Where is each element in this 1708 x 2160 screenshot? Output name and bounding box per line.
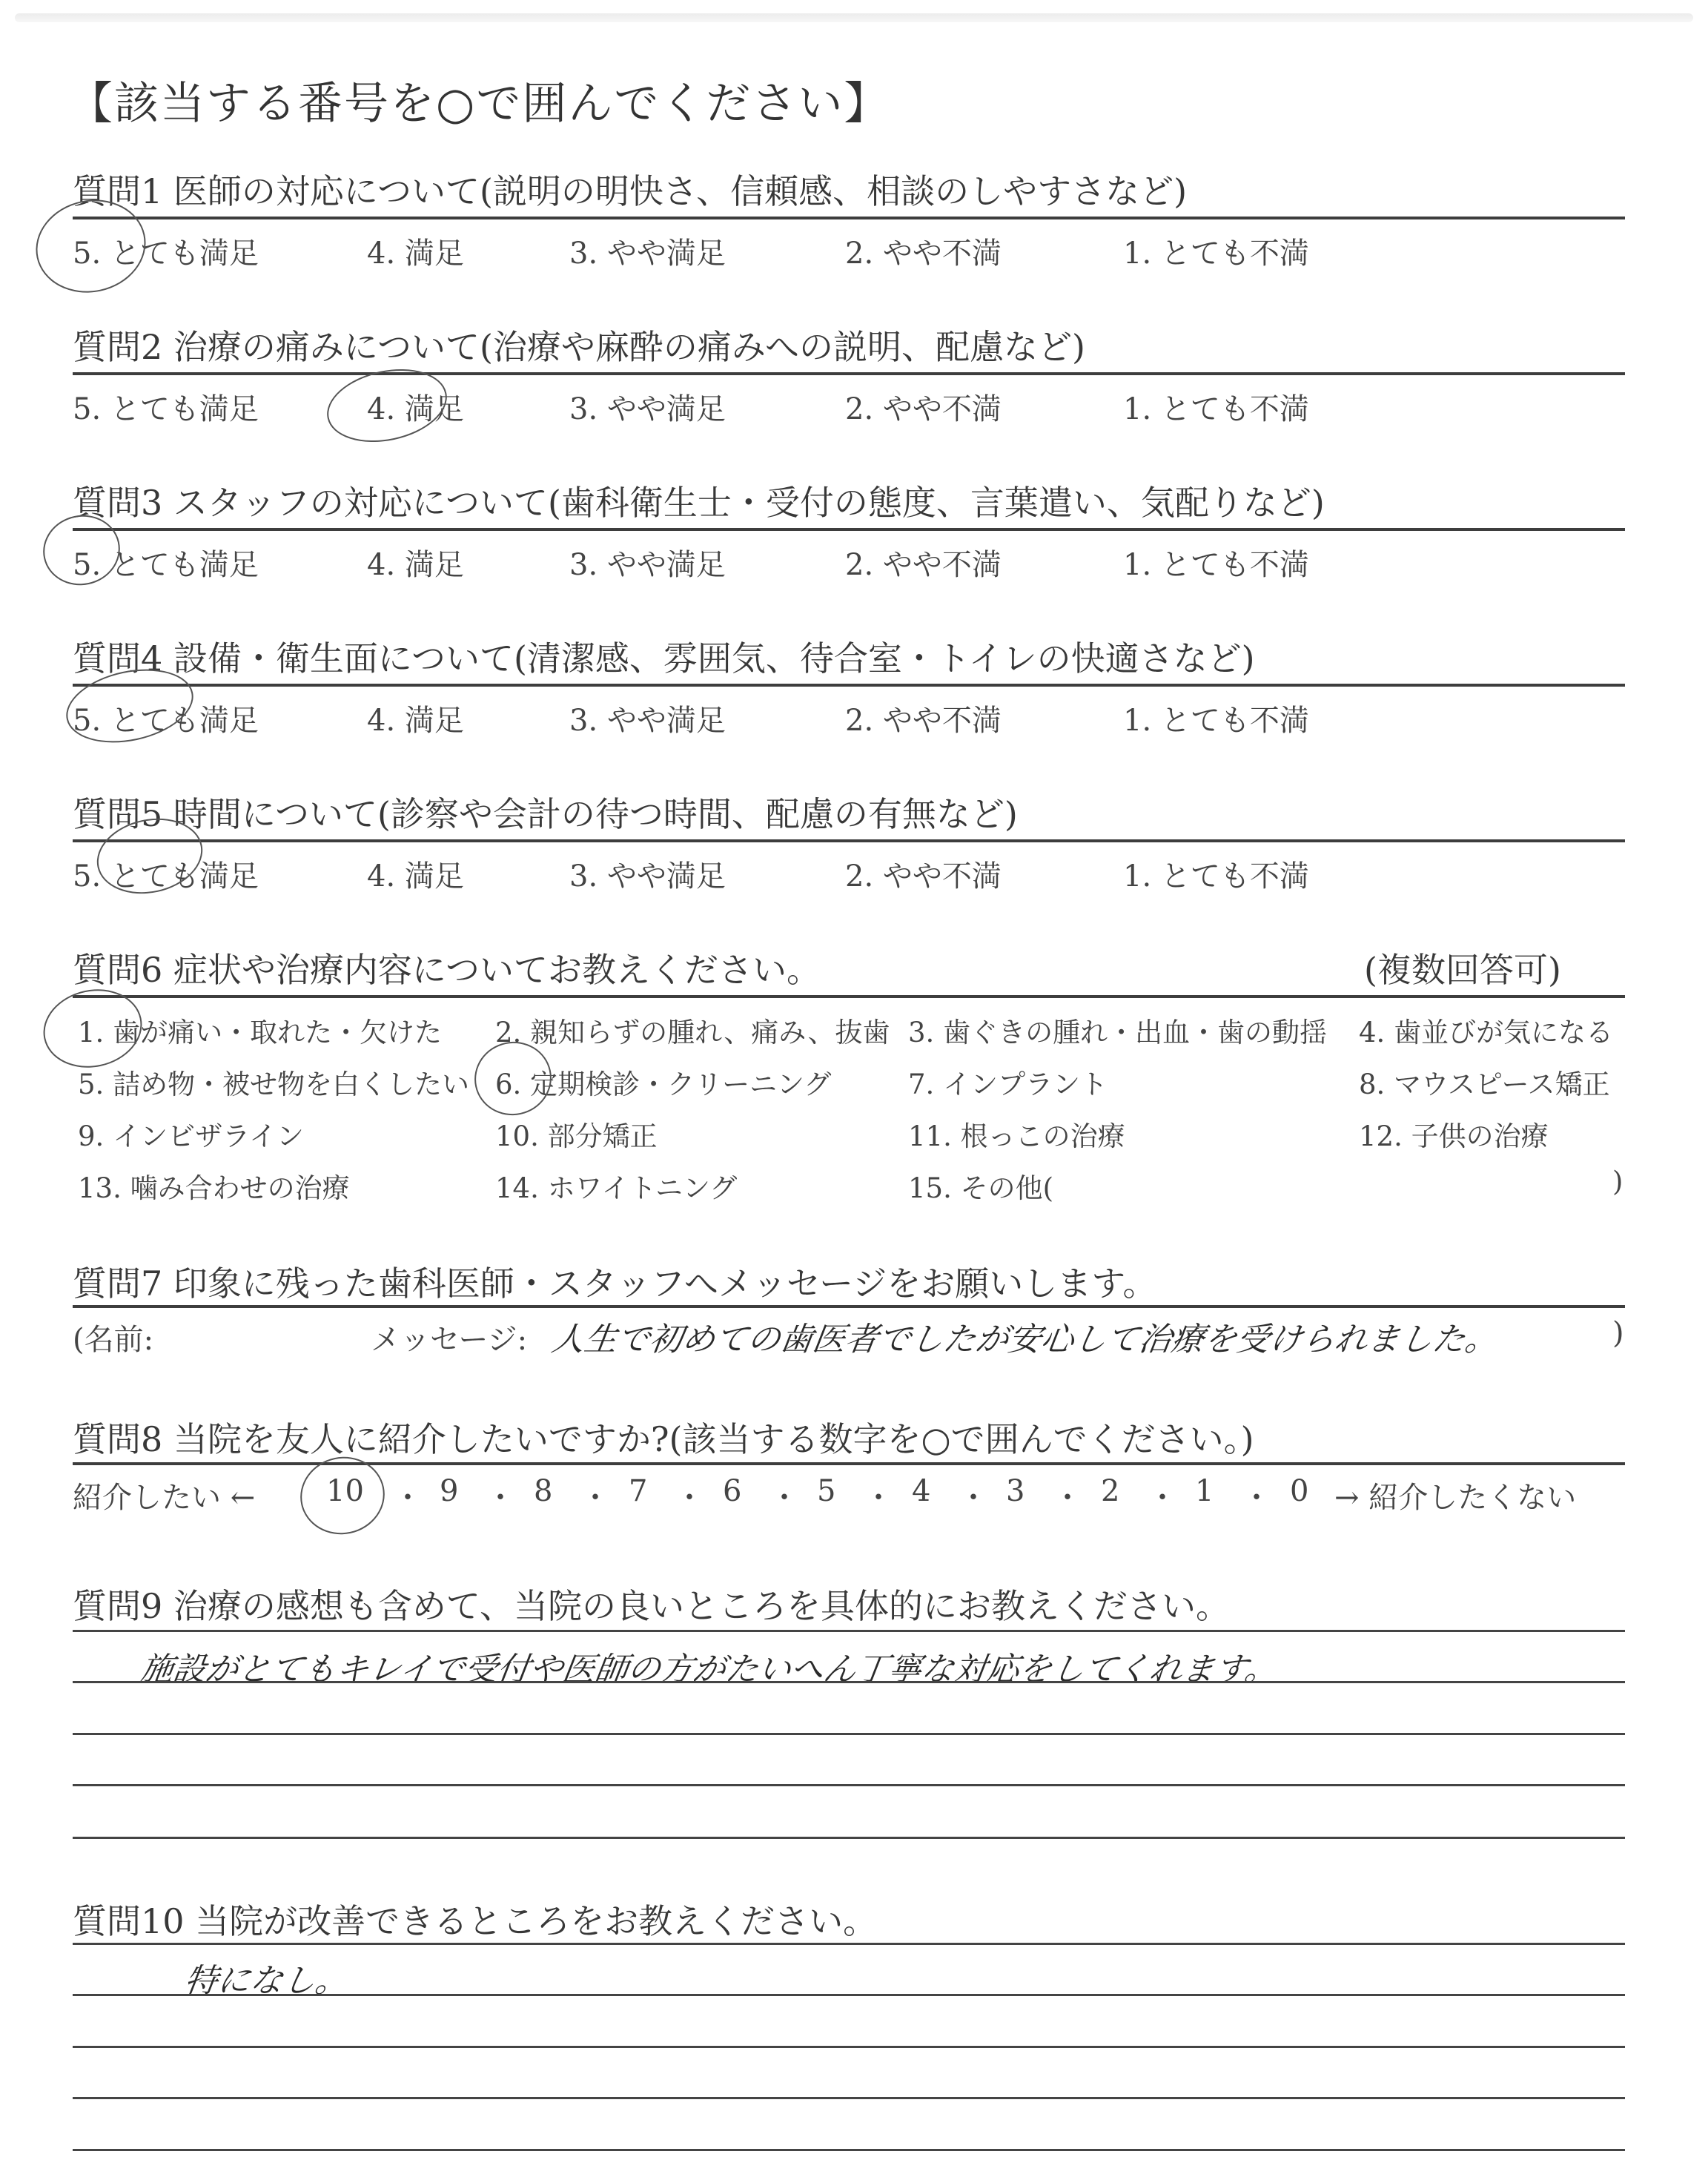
question-10-heading: 質問10 当院が改善できるところをお教えください。 bbox=[73, 1895, 877, 1943]
q8-value-5[interactable]: 5 bbox=[817, 1474, 835, 1508]
q8-sep: ・ bbox=[580, 1474, 610, 1516]
q2-option-5[interactable]: 5. とても満足 bbox=[73, 386, 259, 428]
q6-option-4[interactable]: 4. 歯並びが気になる bbox=[1359, 1010, 1613, 1050]
q1-option-2[interactable]: 2. やや不満 bbox=[845, 230, 1002, 272]
q9-writing-line bbox=[73, 1837, 1625, 1839]
question-6-heading: 質問6 症状や治療内容についてお教えください。 bbox=[73, 943, 821, 992]
q9-writing-line bbox=[73, 1630, 1625, 1632]
question-3-rule bbox=[73, 528, 1625, 531]
q6-option-7[interactable]: 7. インプラント bbox=[908, 1062, 1108, 1102]
q6-option-11[interactable]: 11. 根っこの治療 bbox=[908, 1114, 1125, 1154]
q1-option-4[interactable]: 4. 満足 bbox=[367, 230, 464, 272]
q8-value-2[interactable]: 2 bbox=[1101, 1474, 1119, 1508]
q8-value-8[interactable]: 8 bbox=[534, 1474, 552, 1508]
q8-left-label: 紹介したい ← bbox=[73, 1474, 255, 1516]
question-6-note: (複数回答可) bbox=[1364, 943, 1561, 992]
q6-option-5[interactable]: 5. 詰め物・被せ物を白くしたい bbox=[78, 1062, 469, 1102]
q8-sep: ・ bbox=[675, 1474, 704, 1516]
q4-option-2[interactable]: 2. やや不満 bbox=[845, 697, 1002, 739]
q10-writing-line bbox=[73, 1994, 1625, 1996]
question-5-heading: 質問5 時間について(診察や会計の待つ時間、配慮の有無など) bbox=[73, 787, 1018, 836]
question-4-rule bbox=[73, 684, 1625, 687]
q8-sep: ・ bbox=[959, 1474, 988, 1516]
q10-writing-line bbox=[73, 2046, 1625, 2048]
q6-option-9[interactable]: 9. インビザライン bbox=[78, 1114, 304, 1154]
q8-value-7[interactable]: 7 bbox=[629, 1474, 647, 1508]
q3-option-4[interactable]: 4. 満足 bbox=[367, 541, 464, 584]
question-6-rule bbox=[73, 995, 1625, 998]
question-1-heading: 質問1 医師の対応について(説明の明快さ、信頼感、相談のしやすさなど) bbox=[73, 165, 1187, 214]
question-5-rule bbox=[73, 839, 1625, 842]
q6-option-14[interactable]: 14. ホワイトニング bbox=[495, 1166, 737, 1206]
q10-writing-line bbox=[73, 2097, 1625, 2099]
question-8-rule bbox=[73, 1462, 1625, 1465]
q8-value-0[interactable]: 0 bbox=[1290, 1474, 1308, 1508]
q6-other-close: ) bbox=[1612, 1166, 1623, 1198]
q8-right-label: → 紹介したくない bbox=[1334, 1474, 1576, 1516]
q8-sep: ・ bbox=[1242, 1474, 1271, 1516]
q6-option-15[interactable]: 15. その他( bbox=[908, 1166, 1053, 1206]
question-7-rule bbox=[73, 1305, 1625, 1308]
question-1-rule bbox=[73, 217, 1625, 219]
q5-option-3[interactable]: 3. やや満足 bbox=[569, 853, 726, 895]
q6-option-12[interactable]: 12. 子供の治療 bbox=[1359, 1114, 1549, 1154]
q8-value-6[interactable]: 6 bbox=[723, 1474, 741, 1508]
q8-sep: ・ bbox=[769, 1474, 799, 1516]
q8-sep: ・ bbox=[1053, 1474, 1082, 1516]
q7-name-label: (名前: bbox=[73, 1316, 153, 1358]
q6-option-13[interactable]: 13. 噛み合わせの治療 bbox=[78, 1166, 350, 1206]
q3-option-1[interactable]: 1. とても不満 bbox=[1123, 541, 1309, 584]
q10-writing-line bbox=[73, 2149, 1625, 2151]
q9-writing-line bbox=[73, 1681, 1625, 1683]
question-4-heading: 質問4 設備・衛生面について(清潔感、雰囲気、待合室・トイレの快適さなど) bbox=[73, 632, 1255, 681]
q8-sep: ・ bbox=[486, 1474, 515, 1516]
q4-option-3[interactable]: 3. やや満足 bbox=[569, 697, 726, 739]
question-8-heading: 質問8 当院を友人に紹介したいですか?(該当する数字を○で囲んでください。) bbox=[73, 1413, 1254, 1462]
q2-option-2[interactable]: 2. やや不満 bbox=[845, 386, 1002, 428]
q9-writing-line bbox=[73, 1784, 1625, 1786]
q3-option-2[interactable]: 2. やや不満 bbox=[845, 541, 1002, 584]
question-3-heading: 質問3 スタッフの対応について(歯科衛生士・受付の態度、言葉遣い、気配りなど) bbox=[73, 476, 1325, 525]
q6-option-10[interactable]: 10. 部分矯正 bbox=[495, 1114, 658, 1154]
q2-option-1[interactable]: 1. とても不満 bbox=[1123, 386, 1309, 428]
page-title: 【該当する番号を○で囲んでください】 bbox=[68, 68, 890, 132]
question-2-heading: 質問2 治療の痛みについて(治療や麻酔の痛みへの説明、配慮など) bbox=[73, 320, 1085, 369]
q8-value-3[interactable]: 3 bbox=[1006, 1474, 1025, 1508]
q8-value-1[interactable]: 1 bbox=[1195, 1474, 1214, 1508]
q6-option-2[interactable]: 2. 親知らずの腫れ、痛み、抜歯 bbox=[495, 1010, 890, 1050]
question-7-heading: 質問7 印象に残った歯科医師・スタッフへメッセージをお願いします。 bbox=[73, 1257, 1157, 1306]
q8-sep: ・ bbox=[1148, 1474, 1177, 1516]
q10-writing-line bbox=[73, 1943, 1625, 1945]
q4-option-1[interactable]: 1. とても不満 bbox=[1123, 697, 1309, 739]
q7-close-paren: ) bbox=[1612, 1316, 1624, 1350]
q5-option-4[interactable]: 4. 満足 bbox=[367, 853, 464, 895]
q2-option-3[interactable]: 3. やや満足 bbox=[569, 386, 726, 428]
q7-message-label: メッセージ: bbox=[371, 1316, 527, 1358]
q1-option-3[interactable]: 3. やや満足 bbox=[569, 230, 726, 272]
q5-option-1[interactable]: 1. とても不満 bbox=[1123, 853, 1309, 895]
q8-sep: ・ bbox=[864, 1474, 893, 1516]
q8-value-9[interactable]: 9 bbox=[440, 1474, 458, 1508]
question-2-rule bbox=[73, 372, 1625, 375]
scan-top-edge bbox=[15, 13, 1693, 22]
q4-option-4[interactable]: 4. 満足 bbox=[367, 697, 464, 739]
question-9-heading: 質問9 治療の感想も含めて、当院の良いところを具体的にお教えください。 bbox=[73, 1579, 1230, 1628]
q7-message-text[interactable]: 人生で初めての歯医者でしたが安心して治療を受けられました。 bbox=[549, 1312, 1502, 1360]
q9-writing-line bbox=[73, 1733, 1625, 1735]
q6-option-3[interactable]: 3. 歯ぐきの腫れ・出血・歯の動揺 bbox=[908, 1010, 1327, 1050]
q8-sep: ・ bbox=[393, 1474, 423, 1516]
q5-option-2[interactable]: 2. やや不満 bbox=[845, 853, 1002, 895]
q3-option-3[interactable]: 3. やや満足 bbox=[569, 541, 726, 584]
q6-option-8[interactable]: 8. マウスピース矯正 bbox=[1359, 1062, 1610, 1102]
q8-value-4[interactable]: 4 bbox=[912, 1474, 930, 1508]
q1-option-1[interactable]: 1. とても不満 bbox=[1123, 230, 1309, 272]
